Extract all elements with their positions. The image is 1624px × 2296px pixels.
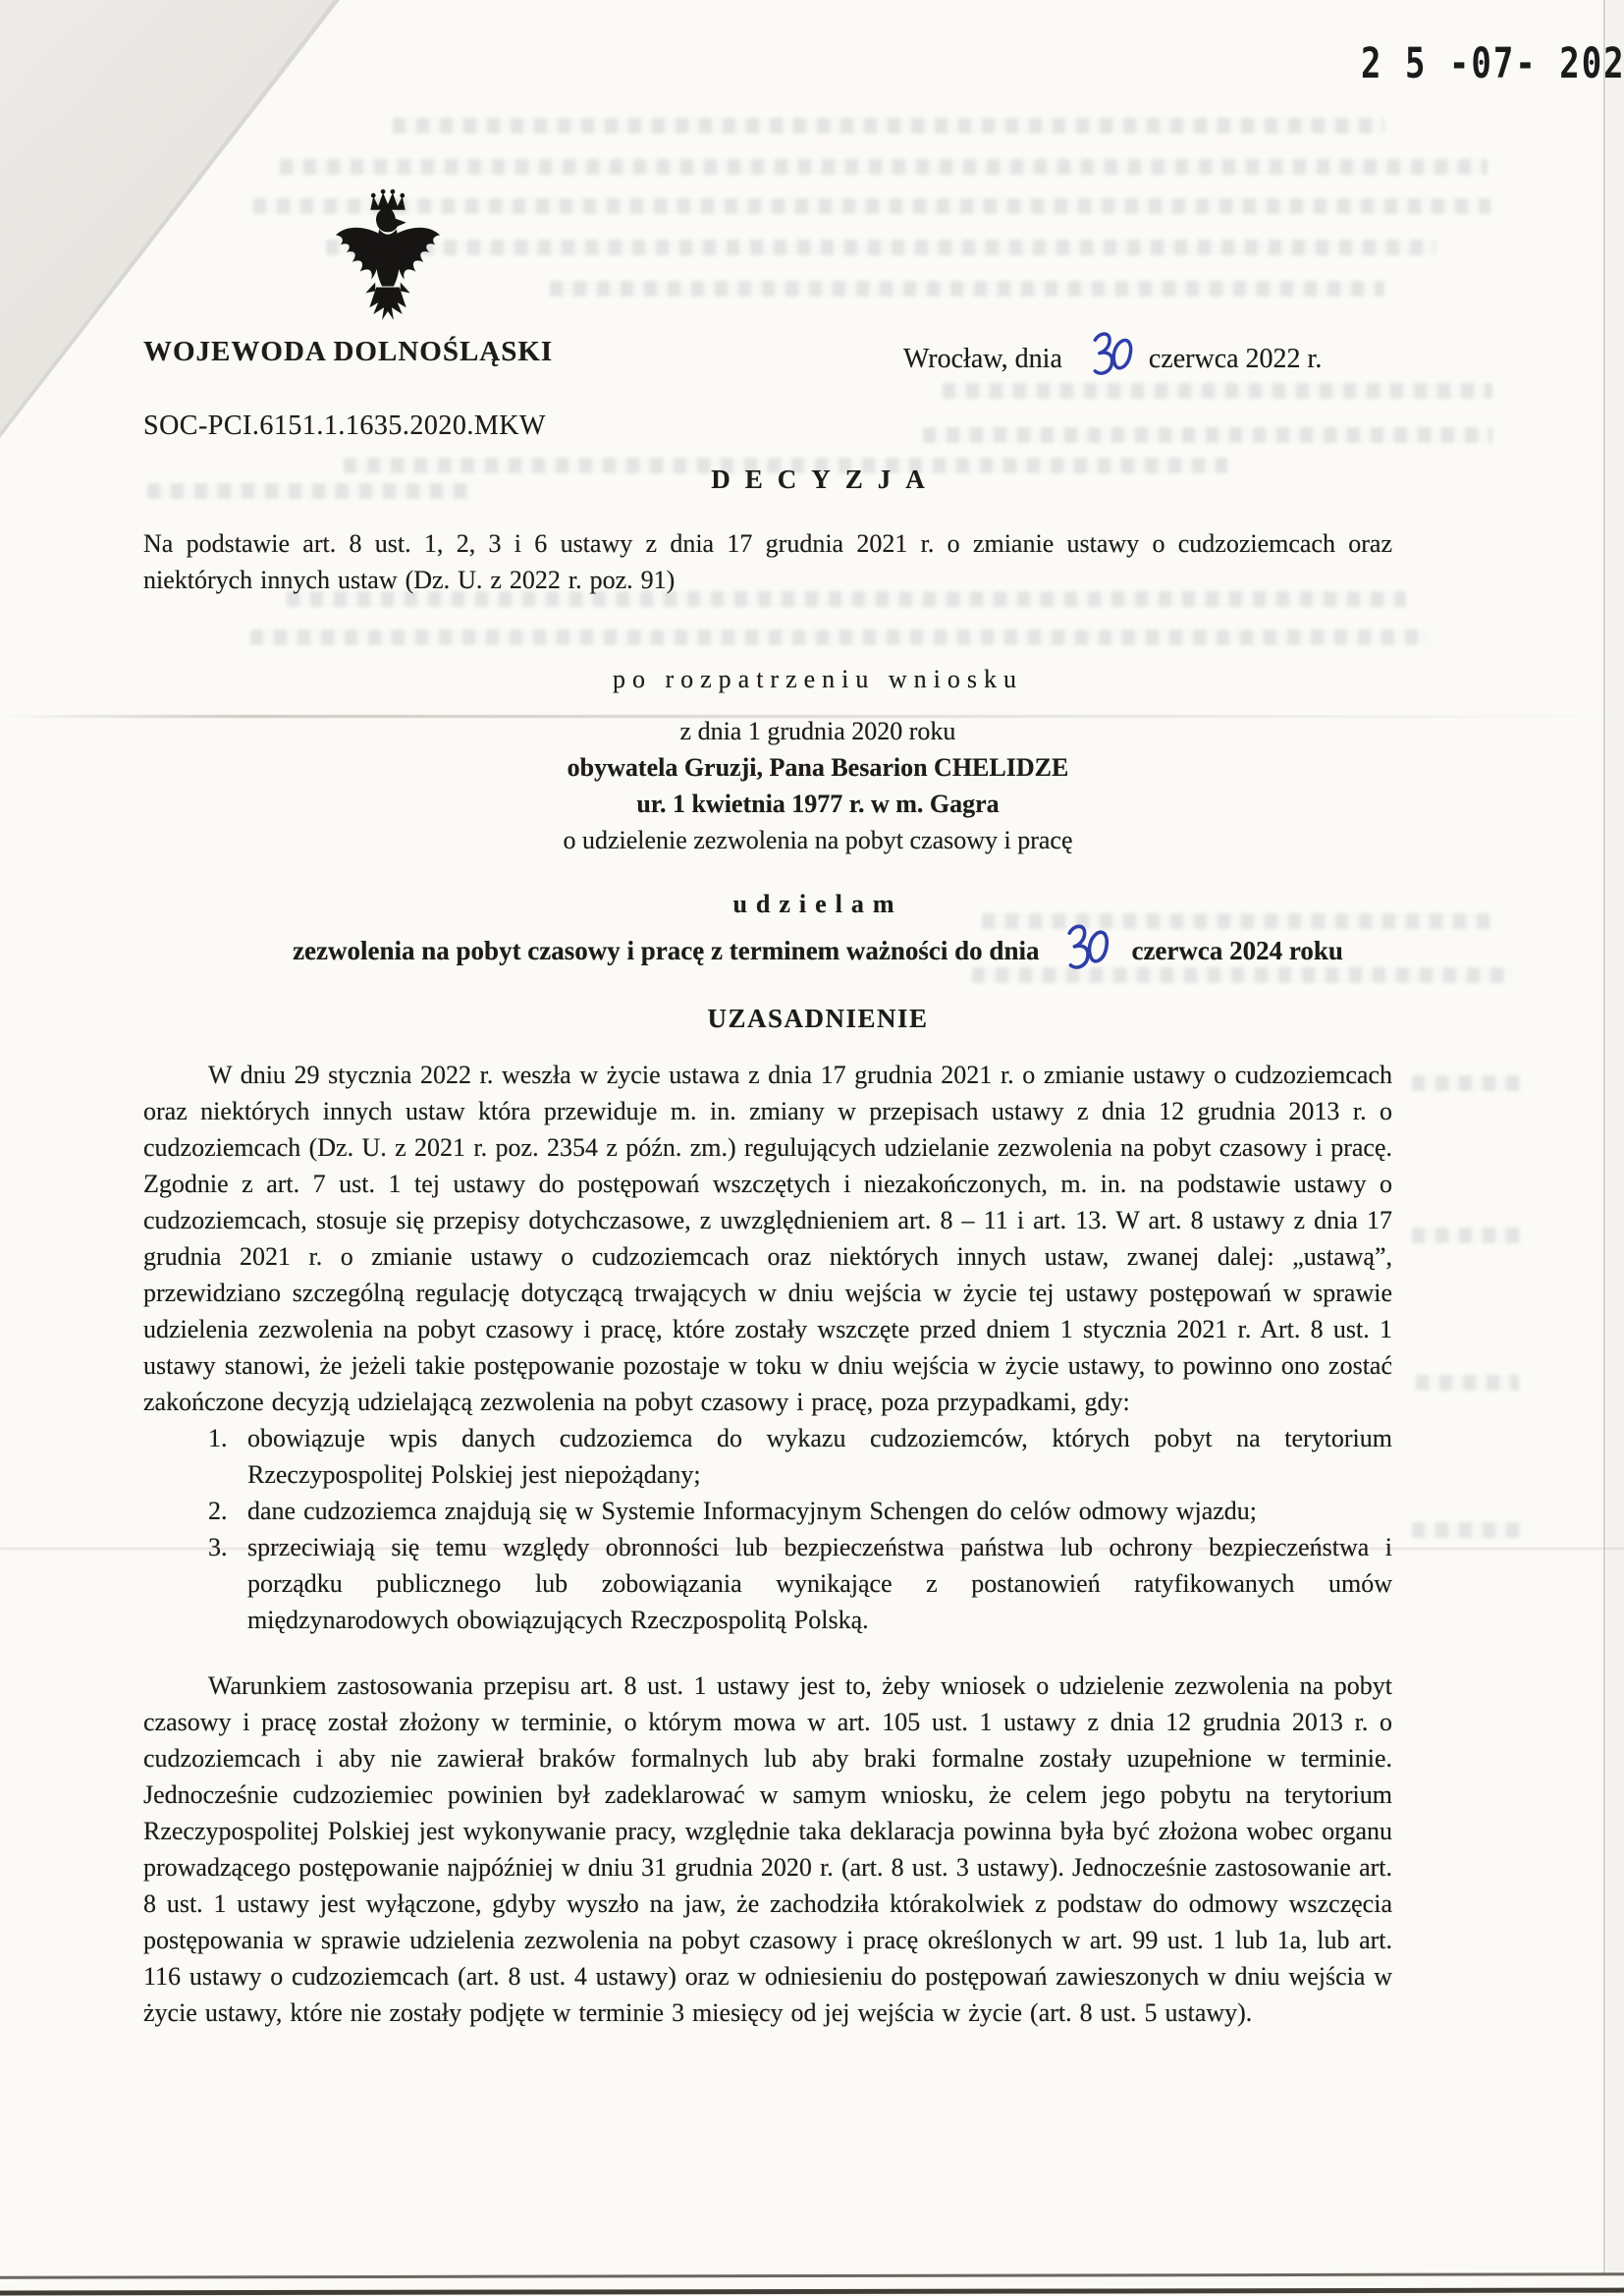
- list-item: 1. obowiązuje wpis danych cudzoziemca do…: [143, 1420, 1492, 1493]
- scanned-decision-document: 2 5 -07- 2022 WOJEWODA DOLNOŚLĄSKI Wrocł…: [0, 0, 1624, 2296]
- bleed-through-artifact: [550, 281, 1384, 297]
- list-item: 2. dane cudzoziemca znajdują się w Syste…: [143, 1493, 1492, 1529]
- scan-edge-line: [1603, 0, 1605, 2274]
- decision-title: DECYZJA: [143, 462, 1492, 498]
- received-date-stamp: 2 5 -07- 2022: [1361, 39, 1624, 88]
- bleed-through-artifact: [326, 240, 1435, 255]
- after-review-line: po rozpatrzeniu wniosku: [143, 661, 1492, 697]
- application-date-line: z dnia 1 grudnia 2020 roku: [143, 713, 1492, 749]
- bleed-through-artifact: [393, 118, 1384, 134]
- birth-line: ur. 1 kwietnia 1977 r. w m. Gagra: [143, 786, 1492, 822]
- case-number: SOC-PCI.6151.1.1635.2020.MKW: [143, 410, 546, 442]
- list-item-text: dane cudzoziemca znajdują się w Systemie…: [247, 1497, 1257, 1525]
- place-date-prefix: Wrocław, dnia: [903, 344, 1062, 374]
- applicant-line: obywatela Gruzji, Pana Besarion CHELIDZE: [143, 749, 1492, 786]
- authority-name: WOJEWODA DOLNOŚLĄSKI: [143, 336, 553, 368]
- legal-basis-paragraph: Na podstawie art. 8 ust. 1, 2, 3 i 6 ust…: [143, 525, 1492, 598]
- list-item: 3. sprzeciwiają się temu względy obronno…: [143, 1529, 1492, 1638]
- bleed-through-artifact: [923, 427, 1492, 443]
- handwritten-day-30: [1080, 330, 1135, 381]
- list-item-number: 3.: [208, 1529, 228, 1565]
- grant-text-after-day: czerwca 2024 roku: [1131, 936, 1342, 965]
- document-body: DECYZJA Na podstawie art. 8 ust. 1, 2, 3…: [143, 462, 1492, 2031]
- bleed-through-artifact: [943, 383, 1492, 399]
- handwritten-validity-day-30: [1055, 922, 1111, 975]
- grant-line: zezwolenia na pobyt czasowy i pracę z te…: [143, 922, 1492, 975]
- scanner-artifact-line: [0, 2272, 1624, 2279]
- grant-word-line: udzielam: [143, 886, 1492, 922]
- exceptions-list: 1. obowiązuje wpis danych cudzoziemca do…: [143, 1420, 1492, 1638]
- list-item-number: 1.: [208, 1420, 228, 1456]
- scanner-artifact-line: [0, 2288, 1624, 2296]
- list-item-text: obowiązuje wpis danych cudzoziemca do wy…: [247, 1424, 1392, 1489]
- list-item-number: 2.: [208, 1493, 228, 1529]
- bleed-through-artifact: [280, 159, 1488, 175]
- grant-text-before-day: zezwolenia na pobyt czasowy i pracę z te…: [293, 936, 1039, 965]
- place-date-suffix: czerwca 2022 r.: [1149, 344, 1322, 374]
- justification-paragraph-1: W dniu 29 stycznia 2022 r. weszła w życi…: [143, 1057, 1492, 1420]
- subject-line: o udzielenie zezwolenia na pobyt czasowy…: [143, 822, 1492, 858]
- place-date-line: Wrocław, dnia czerwca 2022 r.: [903, 330, 1322, 381]
- polish-eagle-emblem: [330, 183, 446, 328]
- justification-title: UZASADNIENIE: [143, 1001, 1492, 1037]
- scan-edge-band: [1606, 0, 1624, 2274]
- justification-paragraph-2: Warunkiem zastosowania przepisu art. 8 u…: [143, 1667, 1492, 2031]
- list-item-text: sprzeciwiają się temu względy obronności…: [247, 1533, 1392, 1634]
